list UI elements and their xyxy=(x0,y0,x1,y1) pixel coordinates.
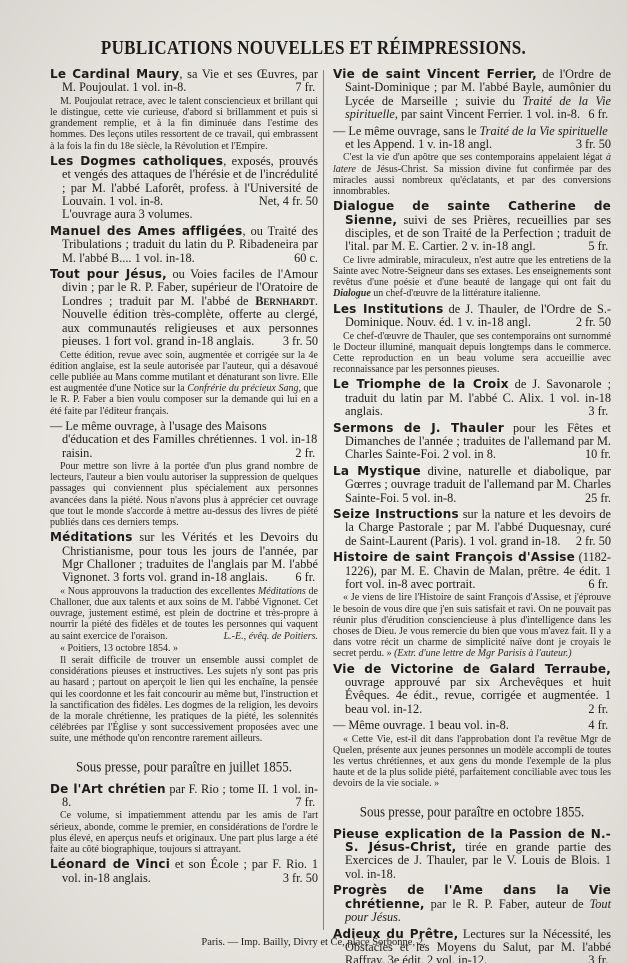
page-title: PUBLICATIONS NOUVELLES ET RÉIMPRESSIONS. xyxy=(0,37,627,60)
price: 7 fr. xyxy=(307,81,318,94)
book-title: Les Institutions xyxy=(333,302,443,316)
book-entry: Le Cardinal Maury, sa Vie et ses Œuvres,… xyxy=(50,68,318,152)
book-entry: Progrès de l'Ame dans la Vie chrétienne,… xyxy=(333,884,611,924)
book-entry: Les Dogmes catholiques, exposés, prouvés… xyxy=(50,155,318,222)
price: 3 fr. 50 xyxy=(588,138,611,151)
press-heading: Sous presse, pour paraître en juillet 18… xyxy=(50,758,318,776)
book-note: Ce chef-d'œuvre de Thauler, que ses cont… xyxy=(333,331,611,376)
book-note: Ce livre admirable, miraculeux, n'est au… xyxy=(333,255,611,300)
book-note: Ce volume, si impatiemment attendu par l… xyxy=(50,810,318,855)
left-column: Le Cardinal Maury, sa Vie et ses Œuvres,… xyxy=(50,68,318,888)
book-entry: Seize Instructions sur la nature et les … xyxy=(333,508,611,548)
book-title: Le Triomphe de la Croix xyxy=(333,377,509,391)
book-entry: Tout pour Jésus, ou Voies faciles de l'A… xyxy=(50,268,318,528)
book-note: Cette édition, revue avec soin, augmenté… xyxy=(50,350,318,417)
book-entry: Vie de Victorine de Galard Terraube, ouv… xyxy=(333,663,611,790)
book-entry: Sermons de J. Thauler pour les Fêtes et … xyxy=(333,422,611,462)
signature: L.-E., évêq. de Poitiers. xyxy=(214,631,318,642)
price: 2 fr. xyxy=(600,703,611,716)
book-entry: Les Institutions de J. Thauler, de l'Ord… xyxy=(333,303,611,376)
book-title: Méditations xyxy=(50,530,133,544)
price: 3 fr. xyxy=(600,405,611,418)
book-title: Vie de saint Vincent Ferrier, xyxy=(333,67,537,81)
edition-variant: — Même ouvrage. 1 beau vol. in-8.4 fr. xyxy=(333,719,611,732)
price: 5 fr. xyxy=(600,240,611,253)
price: 60 c. xyxy=(306,252,318,265)
book-title: Seize Instructions xyxy=(333,507,459,521)
price: 6 fr. xyxy=(600,578,611,591)
price: 3 fr. 50 xyxy=(295,872,318,885)
book-entry: Le Triomphe de la Croix de J. Savonarole… xyxy=(333,378,611,418)
column-divider xyxy=(323,70,324,930)
price: 2 fr. 50 xyxy=(588,316,611,329)
price: 2 fr. 50 xyxy=(588,535,611,548)
book-note: M. Poujoulat retrace, avec le talent con… xyxy=(50,96,318,152)
book-note: « Je viens de lire l'Histoire de saint F… xyxy=(333,592,611,659)
book-entry: Pieuse explication de la Passion de N.-S… xyxy=(333,828,611,882)
book-title: Tout pour Jésus, xyxy=(50,267,167,281)
price: 2 fr. xyxy=(307,447,318,460)
book-entry: De l'Art chrétien par F. Rio ; tome II. … xyxy=(50,783,318,856)
price: 3 fr. 50 xyxy=(295,335,318,348)
book-title: Manuel des Ames affligées xyxy=(50,224,242,238)
book-entry: Histoire de saint François d'Assise (118… xyxy=(333,551,611,659)
book-title: Les Dogmes catholiques xyxy=(50,154,223,168)
printed-page: PUBLICATIONS NOUVELLES ET RÉIMPRESSIONS.… xyxy=(0,0,627,963)
book-note: C'est la vie d'un apôtre que ses contemp… xyxy=(333,152,611,197)
book-entry: Léonard de Vinci et son École ; par F. R… xyxy=(50,858,318,885)
edition-variant: — Le même ouvrage, sans le Traité de la … xyxy=(333,125,611,152)
price: 6 fr. xyxy=(307,571,318,584)
book-note: Il serait difficile de trouver un ensemb… xyxy=(50,655,318,745)
right-column: Vie de saint Vincent Ferrier, de l'Ordre… xyxy=(333,68,611,963)
book-title: Léonard de Vinci xyxy=(50,857,170,871)
book-entry: Dialogue de sainte Catherine de Sienne, … xyxy=(333,200,611,299)
printer-imprint: Paris. — Imp. Bailly, Divry et Ce, place… xyxy=(0,937,627,948)
book-note: Pour mettre son livre à la portée d'un p… xyxy=(50,461,318,528)
price: 3 fr. xyxy=(600,954,611,963)
price: 25 fr. xyxy=(597,492,611,505)
book-title: Sermons de J. Thauler xyxy=(333,421,504,435)
price: 6 fr. xyxy=(600,108,611,121)
edition-variant: — Le même ouvrage, à l'usage des Maisons… xyxy=(50,420,318,460)
book-title: Histoire de saint François d'Assise xyxy=(333,550,575,564)
note-date: « Poitiers, 13 octobre 1854. » xyxy=(50,643,318,654)
book-title: Vie de Victorine de Galard Terraube, xyxy=(333,662,611,676)
price: 10 fr. xyxy=(597,448,611,461)
book-entry: Vie de saint Vincent Ferrier, de l'Ordre… xyxy=(333,68,611,197)
price: 4 fr. xyxy=(600,719,611,732)
book-entry: Méditations sur les Vérités et les Devoi… xyxy=(50,531,318,744)
press-heading: Sous presse, pour paraître en octobre 18… xyxy=(333,803,611,821)
book-entry: La Mystique divine, naturelle et diaboli… xyxy=(333,465,611,505)
book-title: De l'Art chrétien xyxy=(50,782,166,796)
book-note: « Cette Vie, est-il dit dans l'approbati… xyxy=(333,734,611,790)
book-title: Le Cardinal Maury xyxy=(50,67,179,81)
book-extra: L'ouvrage aura 3 volumes. xyxy=(50,208,318,221)
translator-name: Bernhardt xyxy=(255,294,315,308)
price: 7 fr. xyxy=(307,796,318,809)
book-title: La Mystique xyxy=(333,464,421,478)
price: Net, 4 fr. 50 xyxy=(271,195,318,208)
book-entry: Manuel des Ames affligées, ou Traité des… xyxy=(50,225,318,265)
book-note: « Nous approuvons la traduction des exce… xyxy=(50,586,318,642)
